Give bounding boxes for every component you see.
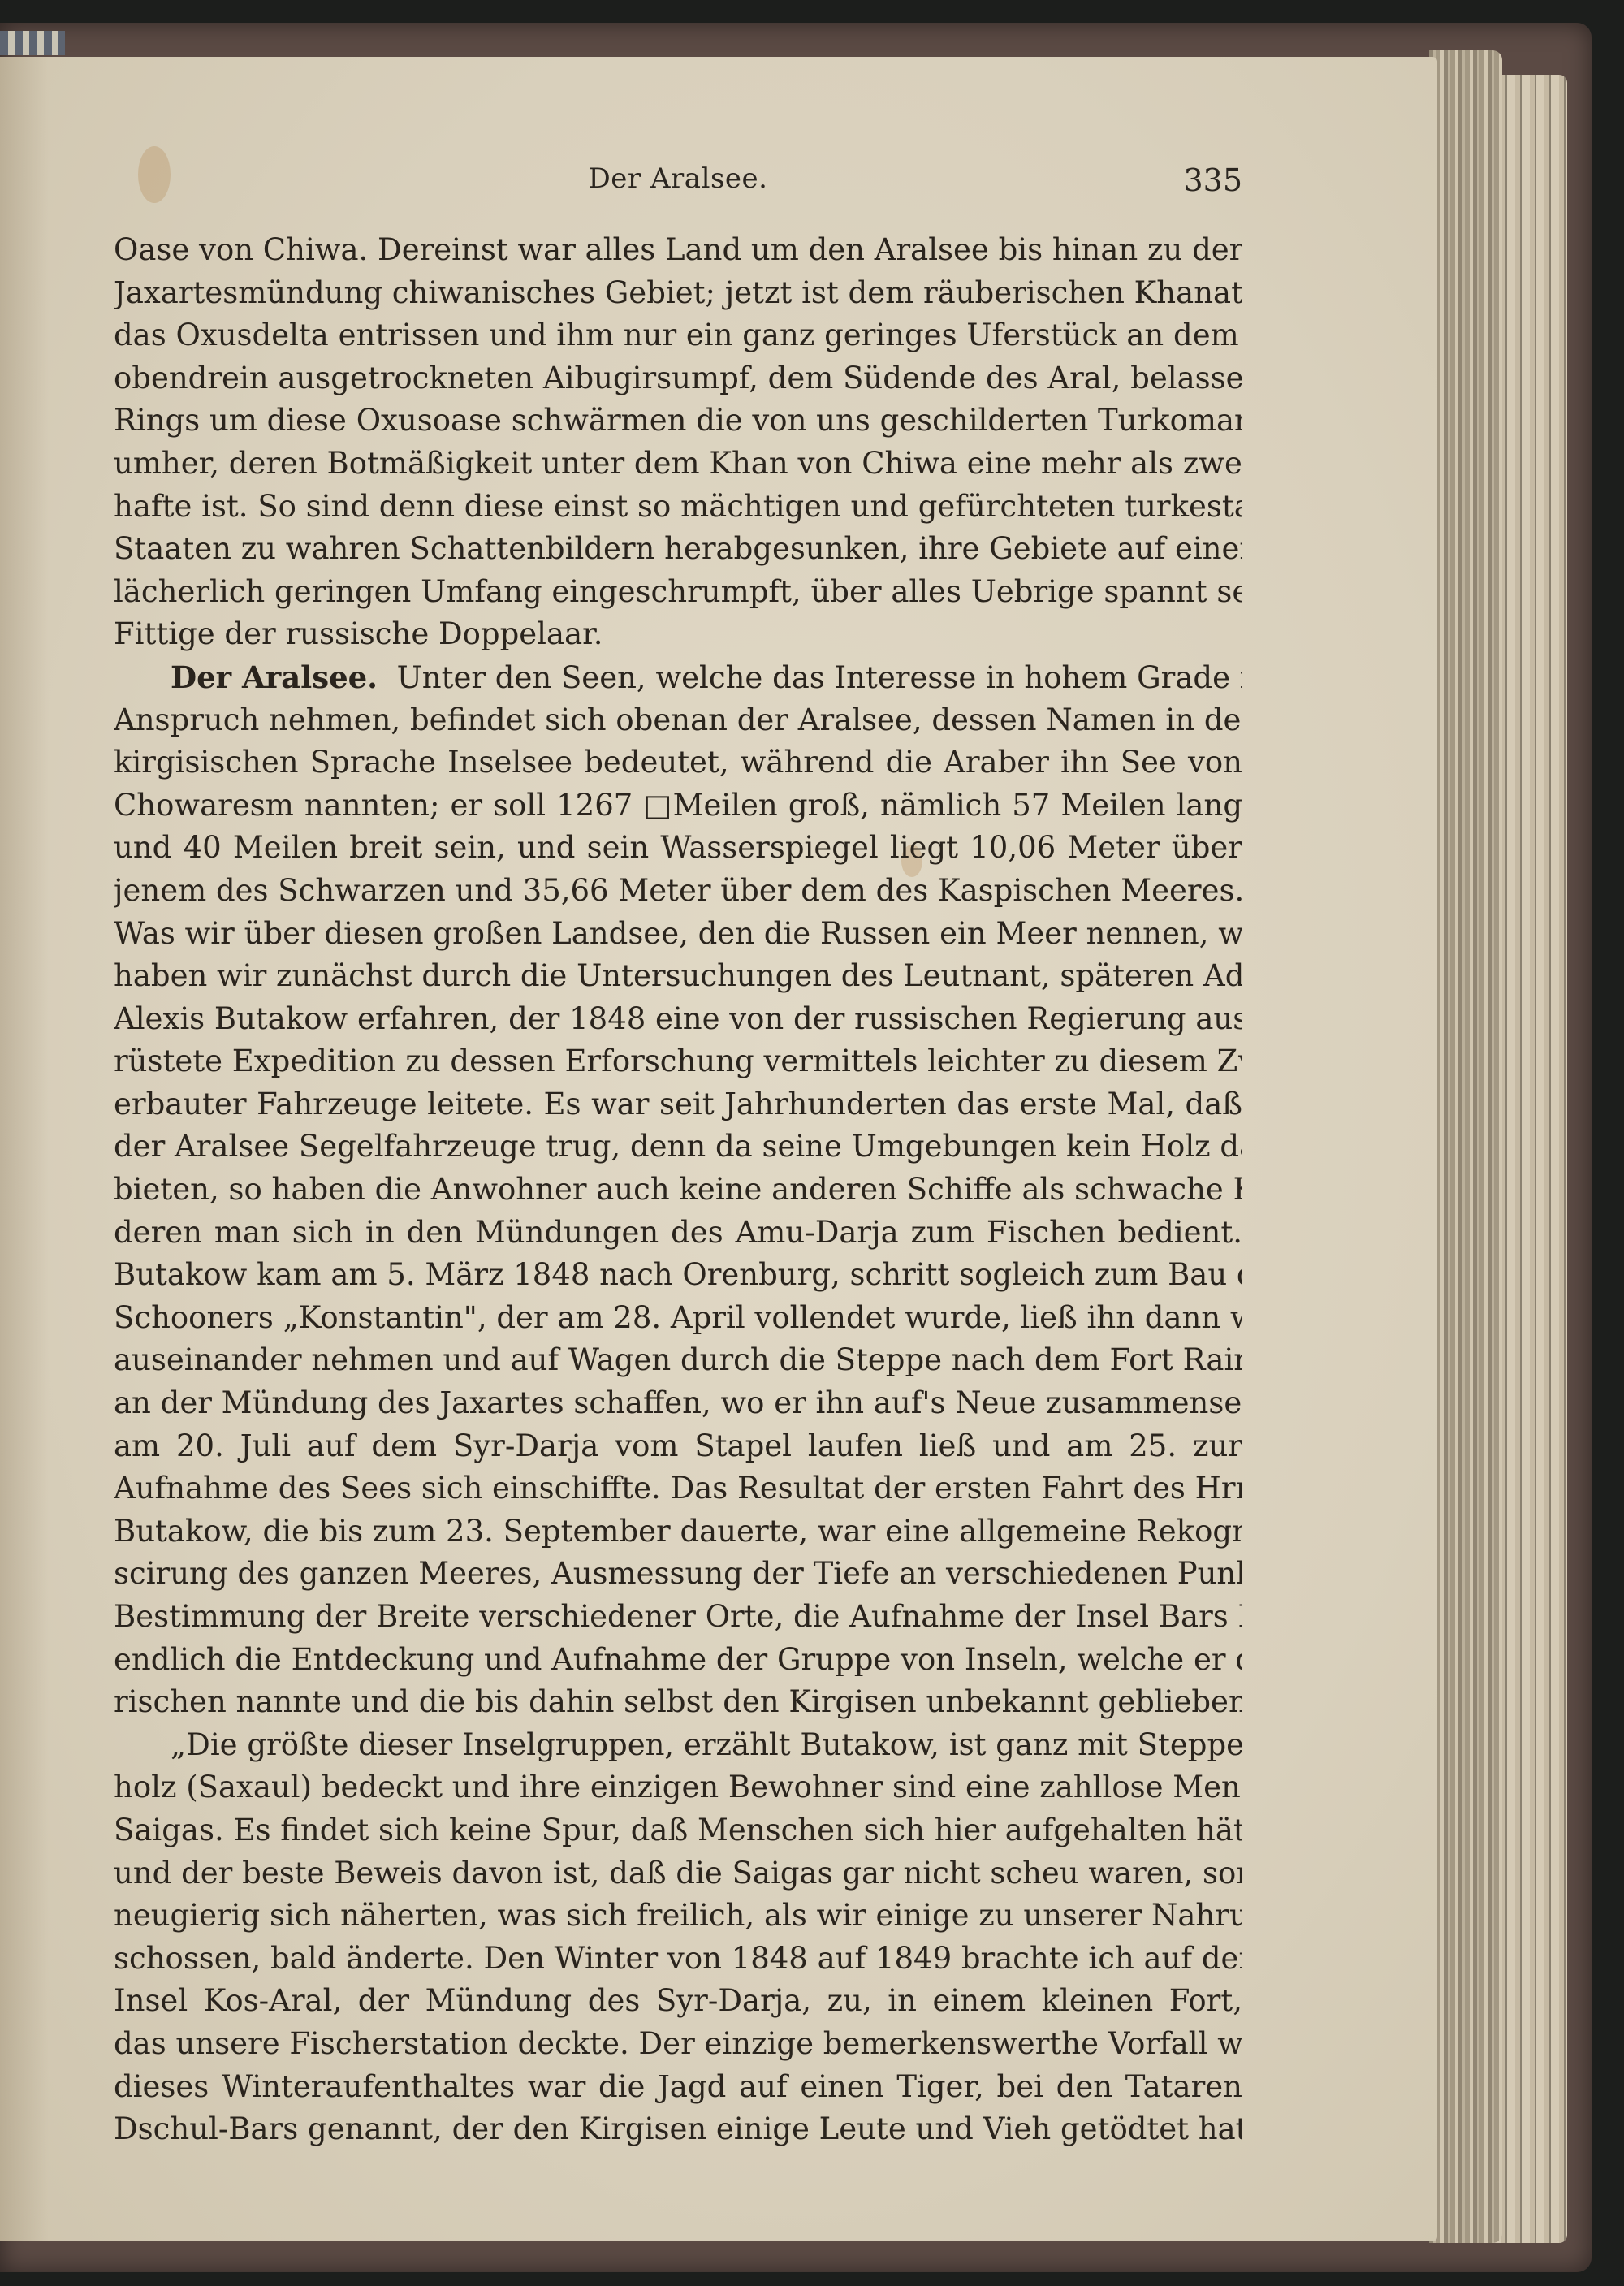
text-line: Staaten zu wahren Schattenbildern herabg…	[114, 528, 1242, 571]
text-line: am 20. Juli auf dem Syr-Darja vom Stapel…	[114, 1425, 1242, 1468]
text-line: scirung des ganzen Meeres, Ausmessung de…	[114, 1553, 1242, 1596]
spine-label-strip	[0, 31, 65, 55]
text-line-content: Unter den Seen, welche das Interesse in …	[397, 660, 1242, 695]
text-line: und 40 Meilen breit sein, und sein Wasse…	[114, 827, 1242, 870]
text-line: rischen nannte und die bis dahin selbst …	[114, 1681, 1242, 1724]
text-line: bieten, so haben die Anwohner auch keine…	[114, 1169, 1242, 1212]
running-title: Der Aralsee.	[114, 162, 1242, 195]
text-line: Butakow kam am 5. März 1848 nach Orenbur…	[114, 1254, 1242, 1297]
text-line: obendrein ausgetrockneten Aibugirsumpf, …	[114, 357, 1242, 400]
text-line: umher, deren Botmäßigkeit unter dem Khan…	[114, 443, 1242, 486]
text-line: endlich die Entdeckung und Aufnahme der …	[114, 1639, 1242, 1682]
text-line: an der Mündung des Jaxartes schaffen, wo…	[114, 1382, 1242, 1425]
text-line: deren man sich in den Mündungen des Amu-…	[114, 1212, 1242, 1255]
text-line: haben wir zunächst durch die Untersuchun…	[114, 955, 1242, 998]
paragraph: „Die größte dieser Inselgruppen, erzählt…	[114, 1724, 1242, 2151]
text-line: der Aralsee Segelfahrzeuge trug, denn da…	[114, 1126, 1242, 1169]
gutter-shadow	[0, 57, 49, 2241]
text-line: rüstete Expedition zu dessen Erforschung…	[114, 1040, 1242, 1083]
running-head: Der Aralsee. 335	[114, 162, 1242, 203]
text-line: Butakow, die bis zum 23. September dauer…	[114, 1510, 1242, 1554]
body-text: Oase von Chiwa. Dereinst war alles Land …	[114, 229, 1242, 2151]
page-edges	[1429, 50, 1502, 2243]
text-line: kirgisischen Sprache Inselsee bedeutet, …	[114, 741, 1242, 784]
text-line: das unsere Fischerstation deckte. Der ei…	[114, 2023, 1242, 2066]
text-line: Rings um diese Oxusoase schwärmen die vo…	[114, 400, 1242, 443]
text-line: Dschul-Bars genannt, der den Kirgisen ei…	[114, 2108, 1242, 2151]
text-line: Jaxartesmündung chiwanisches Gebiet; jet…	[114, 272, 1242, 315]
text-line: Oase von Chiwa. Dereinst war alles Land …	[114, 229, 1242, 272]
text-line: lächerlich geringen Umfang eingeschrumpf…	[114, 571, 1242, 614]
text-line: Der Aralsee. Unter den Seen, welche das …	[114, 656, 1242, 699]
text-line: und der beste Beweis davon ist, daß die …	[114, 1852, 1242, 1895]
text-line: Alexis Butakow erfahren, der 1848 eine v…	[114, 998, 1242, 1041]
text-line: „Die größte dieser Inselgruppen, erzählt…	[114, 1724, 1242, 1767]
text-line: Insel Kos-Aral, der Mündung des Syr-Darj…	[114, 1980, 1242, 2023]
text-line: hafte ist. So sind denn diese einst so m…	[114, 486, 1242, 529]
text-line: Schooners „Konstantin", der am 28. April…	[114, 1297, 1242, 1340]
text-line: auseinander nehmen und auf Wagen durch d…	[114, 1339, 1242, 1382]
section-heading: Der Aralsee.	[171, 659, 378, 695]
text-line: Anspruch nehmen, befindet sich obenan de…	[114, 699, 1242, 742]
text-line: Fittige der russische Doppelaar.	[114, 613, 1242, 656]
text-line: Was wir über diesen großen Landsee, den …	[114, 913, 1242, 956]
text-line: dieses Winteraufenthaltes war die Jagd a…	[114, 2066, 1242, 2109]
text-line: Chowaresm nannten; er soll 1267 □Meilen …	[114, 784, 1242, 828]
text-line: Saigas. Es findet sich keine Spur, daß M…	[114, 1809, 1242, 1852]
text-line: holz (Saxaul) bedeckt und ihre einzigen …	[114, 1766, 1242, 1809]
text-line: jenem des Schwarzen und 35,66 Meter über…	[114, 870, 1242, 913]
paragraph: Oase von Chiwa. Dereinst war alles Land …	[114, 229, 1242, 656]
text-line: das Oxusdelta entrissen und ihm nur ein …	[114, 314, 1242, 357]
page-number: 335	[1183, 162, 1242, 198]
text-line: Aufnahme des Sees sich einschiffte. Das …	[114, 1467, 1242, 1510]
paragraph: Der Aralsee. Unter den Seen, welche das …	[114, 656, 1242, 1724]
text-line: schossen, bald änderte. Den Winter von 1…	[114, 1938, 1242, 1981]
text-line: erbauter Fahrzeuge leitete. Es war seit …	[114, 1083, 1242, 1126]
text-line: Bestimmung der Breite verschiedener Orte…	[114, 1596, 1242, 1639]
text-line: neugierig sich näherten, was sich freili…	[114, 1895, 1242, 1938]
